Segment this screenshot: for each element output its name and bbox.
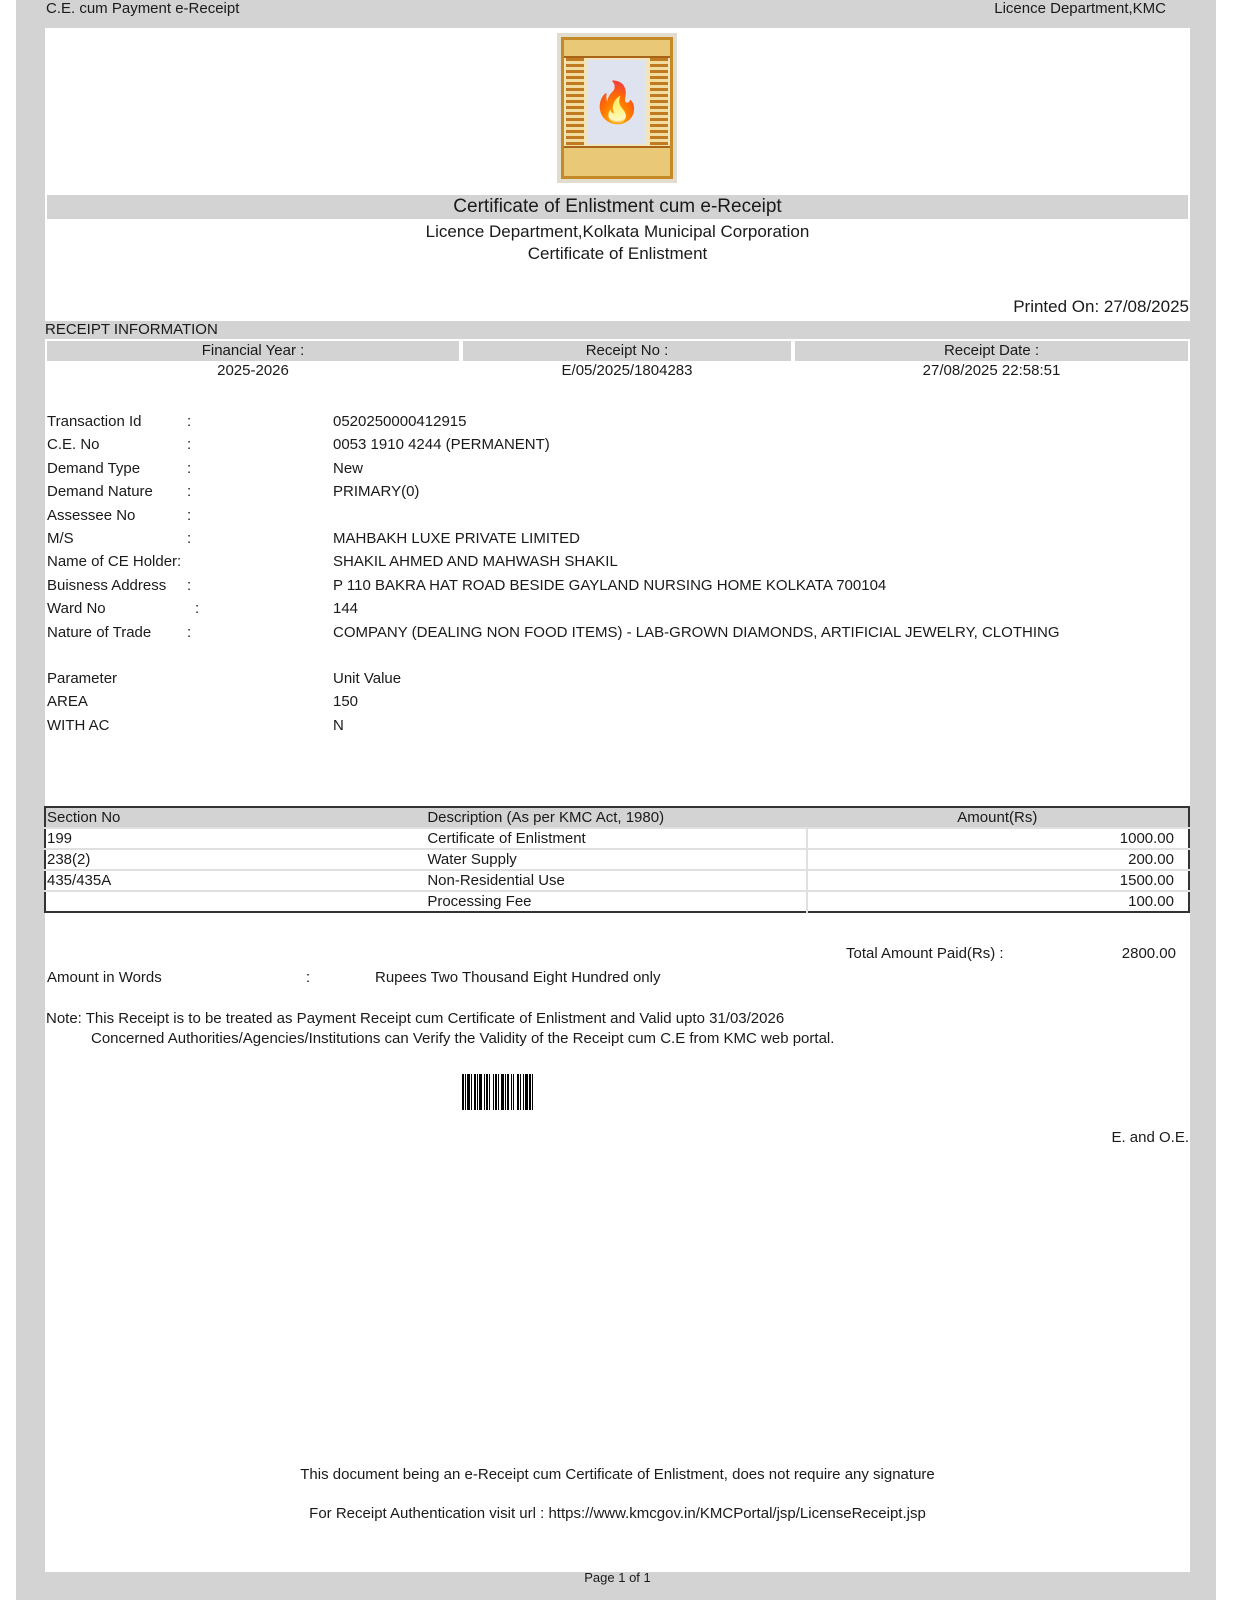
detail-label: Name of CE Holder: <box>47 550 181 573</box>
amount-cell: 200.00 <box>807 849 1189 870</box>
description-cell: Certificate of Enlistment <box>426 828 806 849</box>
section-no-cell <box>45 891 426 912</box>
detail-colon: : <box>187 480 191 503</box>
detail-value: MAHBAKH LUXE PRIVATE LIMITED <box>333 527 580 550</box>
financial-year-value: 2025-2026 <box>47 361 459 381</box>
detail-label: Nature of Trade <box>47 621 151 644</box>
detail-value: New <box>333 457 363 480</box>
detail-colon: : <box>187 433 191 456</box>
description-header: Description (As per KMC Act, 1980) <box>426 807 806 828</box>
page-indicator: Page 1 of 1 <box>45 1570 1190 1585</box>
receipt-date-value: 27/08/2025 22:58:51 <box>795 361 1188 381</box>
errors-omissions-excepted: E. and O.E. <box>1111 1129 1189 1146</box>
detail-label: Ward No <box>47 597 106 620</box>
section-no-cell: 199 <box>45 828 426 849</box>
receipt-no-label: Receipt No : <box>463 341 791 361</box>
detail-value: 144 <box>333 597 358 620</box>
detail-colon: : <box>187 504 191 527</box>
detail-value: P 110 BAKRA HAT ROAD BESIDE GAYLAND NURS… <box>333 574 886 597</box>
detail-colon: : <box>187 410 191 433</box>
description-cell: Processing Fee <box>426 891 806 912</box>
detail-value: PRIMARY(0) <box>333 480 419 503</box>
amount-cell: 1000.00 <box>807 828 1189 849</box>
header-right-title: Licence Department,KMC <box>994 0 1166 17</box>
detail-label: Transaction Id <box>47 410 142 433</box>
department-name: Licence Department,Kolkata Municipal Cor… <box>45 222 1190 242</box>
document-title: Certificate of Enlistment cum e-Receipt <box>47 195 1188 219</box>
detail-colon: : <box>187 621 191 644</box>
description-cell: Non-Residential Use <box>426 870 806 891</box>
receipt-date-label: Receipt Date : <box>795 341 1188 361</box>
table-row: 238(2) Water Supply 200.00 <box>45 849 1189 870</box>
detail-label: Demand Type <box>47 457 140 480</box>
table-row: 199 Certificate of Enlistment 1000.00 <box>45 828 1189 849</box>
authentication-url[interactable]: For Receipt Authentication visit url : h… <box>45 1505 1190 1522</box>
parameter-value: 150 <box>333 690 358 713</box>
fees-table: Section No Description (As per KMC Act, … <box>44 806 1190 913</box>
parameter-name: AREA <box>47 690 88 713</box>
detail-label: Demand Nature <box>47 480 153 503</box>
amount-cell: 100.00 <box>807 891 1189 912</box>
parameter-value: N <box>333 714 344 737</box>
receipt-no-value: E/05/2025/1804283 <box>463 361 791 381</box>
detail-label: Buisness Address <box>47 574 166 597</box>
receipt-date-field: Receipt Date : 27/08/2025 22:58:51 <box>795 341 1188 381</box>
detail-colon: : <box>187 457 191 480</box>
signature-disclaimer: This document being an e-Receipt cum Cer… <box>45 1466 1190 1483</box>
table-row: Processing Fee 100.00 <box>45 891 1189 912</box>
receipt-no-field: Receipt No : E/05/2025/1804283 <box>463 341 791 381</box>
financial-year-label: Financial Year : <box>47 341 459 361</box>
table-row: 435/435A Non-Residential Use 1500.00 <box>45 870 1189 891</box>
total-amount-value: 2800.00 <box>1122 945 1176 962</box>
amount-in-words-value: Rupees Two Thousand Eight Hundred only <box>375 969 660 986</box>
detail-value: 0520250000412915 <box>333 410 466 433</box>
detail-colon: : <box>195 597 199 620</box>
detail-value: 0053 1910 4244 (PERMANENT) <box>333 433 550 456</box>
detail-label: C.E. No <box>47 433 100 456</box>
amount-header: Amount(Rs) <box>807 807 1189 828</box>
printed-on-date: Printed On: 27/08/2025 <box>1013 297 1189 317</box>
header-left-title: C.E. cum Payment e-Receipt <box>46 0 239 17</box>
amount-in-words-colon: : <box>306 969 310 986</box>
verification-note: Concerned Authorities/Agencies/Instituti… <box>91 1030 834 1047</box>
detail-colon: : <box>187 574 191 597</box>
barcode-icon <box>462 1074 612 1110</box>
section-no-cell: 238(2) <box>45 849 426 870</box>
detail-value: SHAKIL AHMED AND MAHWASH SHAKIL <box>333 550 618 573</box>
detail-colon: : <box>187 527 191 550</box>
parameter-name: WITH AC <box>47 714 110 737</box>
amount-in-words-label: Amount in Words <box>47 969 162 986</box>
detail-label: Assessee No <box>47 504 135 527</box>
section-no-header: Section No <box>45 807 426 828</box>
kmc-emblem-icon: 🔥 <box>557 33 677 183</box>
financial-year-field: Financial Year : 2025-2026 <box>47 341 459 381</box>
amount-cell: 1500.00 <box>807 870 1189 891</box>
detail-label: M/S <box>47 527 74 550</box>
total-amount-label: Total Amount Paid(Rs) : <box>846 945 1004 962</box>
certificate-type: Certificate of Enlistment <box>45 244 1190 264</box>
section-no-cell: 435/435A <box>45 870 426 891</box>
description-cell: Water Supply <box>426 849 806 870</box>
unit-value-header-label: Unit Value <box>333 667 401 690</box>
receipt-info-heading: RECEIPT INFORMATION <box>45 321 1190 339</box>
fees-table-header: Section No Description (As per KMC Act, … <box>45 807 1189 828</box>
validity-note: Note: This Receipt is to be treated as P… <box>46 1010 784 1027</box>
detail-value: COMPANY (DEALING NON FOOD ITEMS) - LAB-G… <box>333 621 1059 644</box>
parameter-header-label: Parameter <box>47 667 117 690</box>
